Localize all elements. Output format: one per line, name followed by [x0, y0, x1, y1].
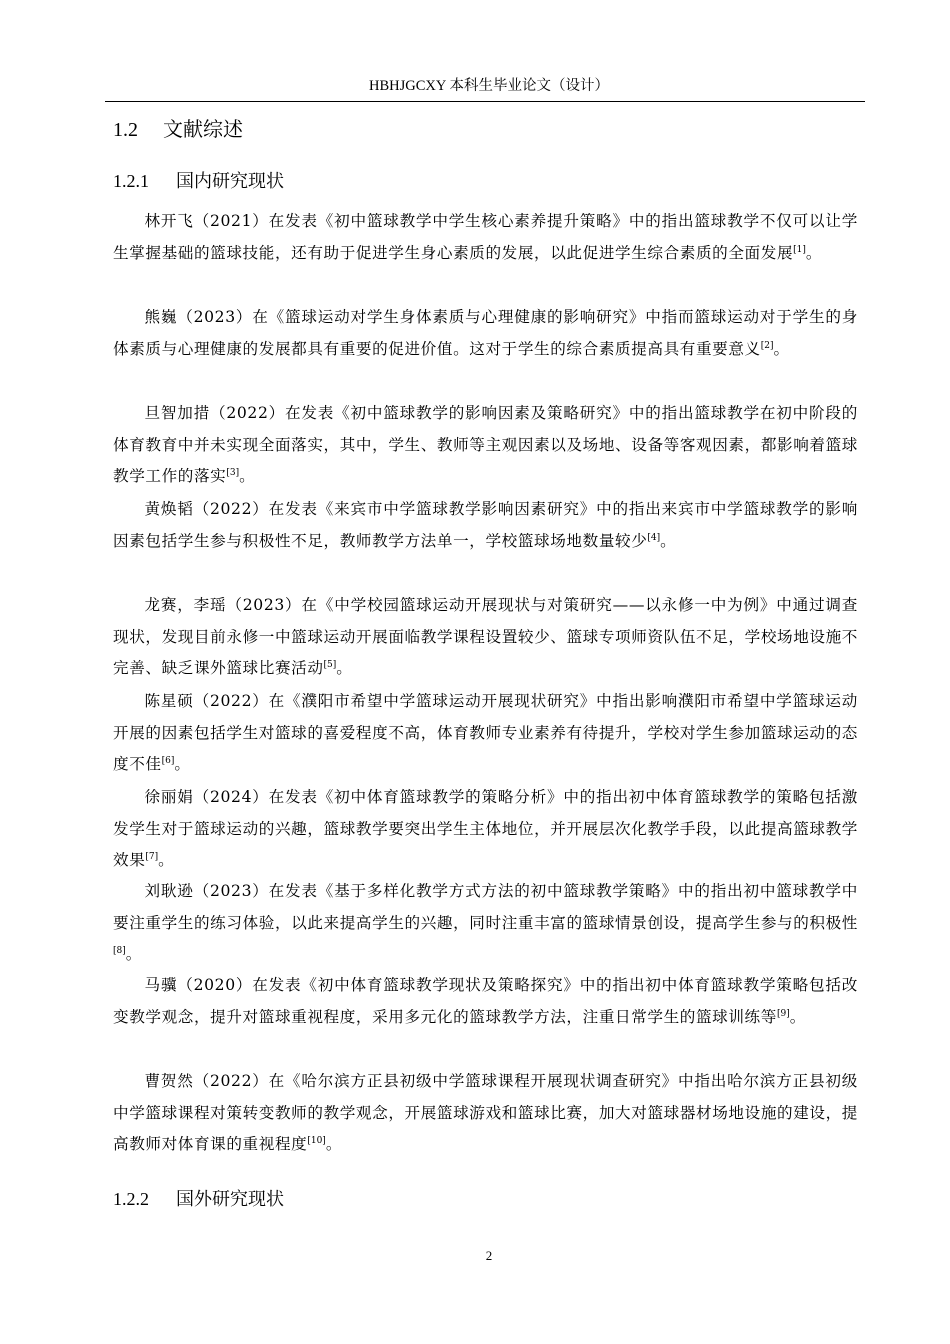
citation-ref: [1]	[793, 245, 806, 255]
paragraph: 陈星硕（2022）在《濮阳市希望中学篮球运动开展现状研究》中指出影响濮阳市希望中…	[113, 686, 858, 781]
paragraph-end: 。	[774, 340, 790, 358]
paragraph-text: 熊巍（2023）在《篮球运动对学生身体素质与心理健康的影响研究》中指而篮球运动对…	[113, 308, 858, 358]
paragraph: 旦智加措（2022）在发表《初中篮球教学的影响因素及策略研究》中的指出篮球教学在…	[113, 398, 858, 493]
section-title: 文献综述	[163, 117, 243, 141]
paragraph-text: 徐丽娟（2024）在发表《初中体育篮球教学的策略分析》中的指出初中体育篮球教学的…	[113, 788, 858, 869]
citation-ref: [4]	[647, 533, 660, 543]
citation-ref: [7]	[145, 852, 158, 862]
paragraph-end: 。	[158, 851, 174, 869]
citation-ref: [3]	[226, 468, 239, 478]
paragraph-end: 。	[790, 1008, 806, 1026]
paragraph: 黄焕韬（2022）在发表《来宾市中学篮球教学影响因素研究》中的指出来宾市中学篮球…	[113, 494, 858, 557]
citation-ref: [2]	[761, 341, 774, 351]
citation-ref: [10]	[307, 1136, 325, 1146]
paragraph: 熊巍（2023）在《篮球运动对学生身体素质与心理健康的影响研究》中指而篮球运动对…	[113, 302, 858, 365]
paragraph-text: 刘耿逊（2023）在发表《基于多样化教学方式方法的初中篮球教学策略》中的指出初中…	[113, 882, 858, 932]
paragraph: 龙赛，李瑶（2023）在《中学校园篮球运动开展现状与对策研究——以永修一中为例》…	[113, 590, 858, 685]
paragraph: 刘耿逊（2023）在发表《基于多样化教学方式方法的初中篮球教学策略》中的指出初中…	[113, 876, 858, 971]
paragraph-text: 陈星硕（2022）在《濮阳市希望中学篮球运动开展现状研究》中指出影响濮阳市希望中…	[113, 692, 858, 773]
citation-ref: [9]	[777, 1009, 790, 1019]
subsection-title: 国内研究现状	[176, 171, 284, 192]
paragraph-text: 旦智加措（2022）在发表《初中篮球教学的影响因素及策略研究》中的指出篮球教学在…	[113, 404, 858, 485]
paragraph-end: 。	[336, 659, 352, 677]
paragraph-end: 。	[660, 532, 676, 550]
paragraph-text: 龙赛，李瑶（2023）在《中学校园篮球运动开展现状与对策研究——以永修一中为例》…	[113, 596, 858, 677]
paragraph-end: 。	[806, 244, 822, 262]
paragraph-text: 黄焕韬（2022）在发表《来宾市中学篮球教学影响因素研究》中的指出来宾市中学篮球…	[113, 500, 858, 550]
paragraph-end: 。	[239, 467, 255, 485]
paragraph-text: 曹贺然（2022）在《哈尔滨方正县初级中学篮球课程开展现状调查研究》中指出哈尔滨…	[113, 1072, 858, 1153]
paragraph-text: 林开飞（2021）在发表《初中篮球教学中学生核心素养提升策略》中的指出篮球教学不…	[113, 212, 858, 262]
paragraph: 林开飞（2021）在发表《初中篮球教学中学生核心素养提升策略》中的指出篮球教学不…	[113, 206, 858, 269]
header-rule	[105, 101, 865, 102]
running-header: HBHJGCXY 本科生毕业论文（设计）	[113, 76, 865, 96]
paragraph-end: 。	[326, 1135, 342, 1153]
citation-ref: [6]	[162, 756, 175, 766]
paragraph: 马骥（2020）在发表《初中体育篮球教学现状及策略探究》中的指出初中体育篮球教学…	[113, 970, 858, 1033]
paragraph: 徐丽娟（2024）在发表《初中体育篮球教学的策略分析》中的指出初中体育篮球教学的…	[113, 782, 858, 877]
subsection-heading-foreign: 1.2.2国外研究现状	[113, 1186, 284, 1213]
citation-ref: [5]	[324, 660, 337, 670]
page-number: 2	[113, 1248, 865, 1264]
section-number: 1.2	[113, 116, 163, 144]
paragraph-end: 。	[126, 945, 142, 963]
subsection-heading-domestic: 1.2.1国内研究现状	[113, 168, 284, 195]
subsection-number: 1.2.1	[113, 168, 176, 194]
paragraph-text: 马骥（2020）在发表《初中体育篮球教学现状及策略探究》中的指出初中体育篮球教学…	[113, 976, 858, 1026]
paragraph: 曹贺然（2022）在《哈尔滨方正县初级中学篮球课程开展现状调查研究》中指出哈尔滨…	[113, 1066, 858, 1161]
subsection-title: 国外研究现状	[176, 1189, 284, 1210]
paragraph-end: 。	[174, 755, 190, 773]
subsection-number: 1.2.2	[113, 1186, 176, 1212]
citation-ref: [8]	[113, 946, 126, 956]
section-heading: 1.2文献综述	[113, 115, 243, 144]
